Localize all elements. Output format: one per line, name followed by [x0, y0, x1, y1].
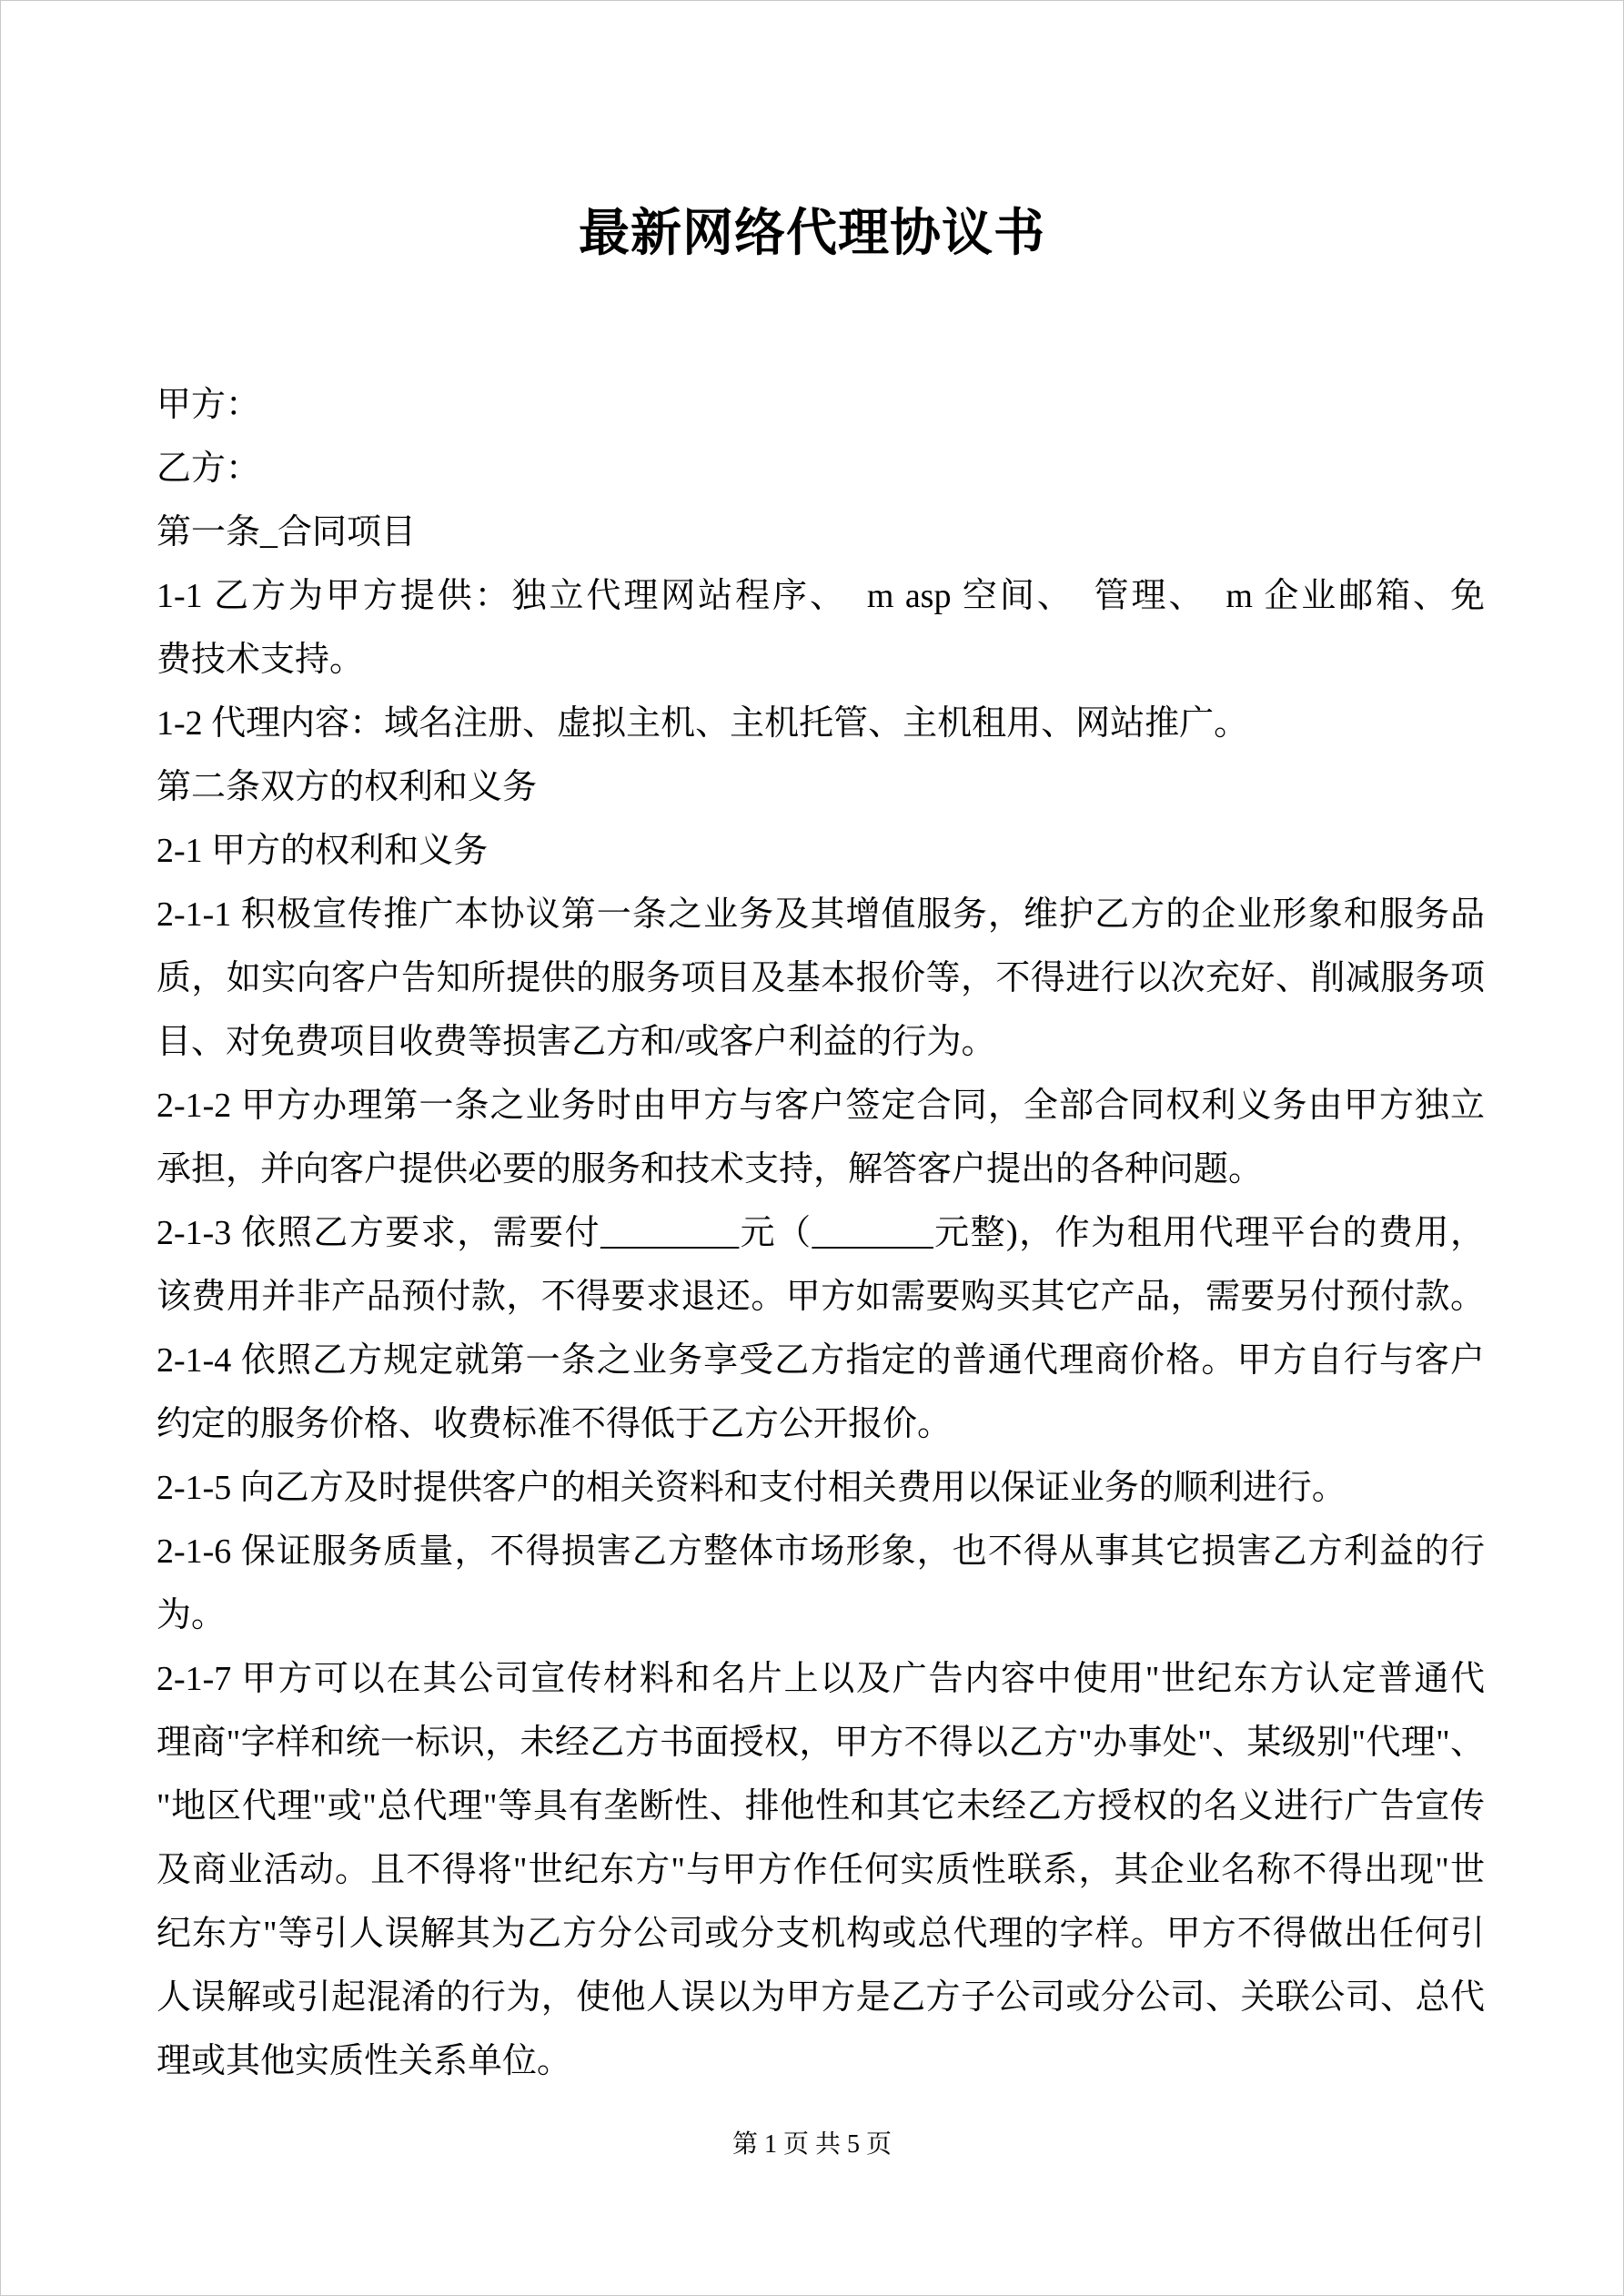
- text-line: 2-1-6 保证服务质量，不得损害乙方整体市场形象，也不得从事其它损害乙方利益的…: [156, 1520, 1485, 1583]
- text-line: 理商"字样和统一标识，未经乙方书面授权，甲方不得以乙方"办事处"、某级别"代理"…: [156, 1711, 1485, 1775]
- text-line: 2-1-4 依照乙方规定就第一条之业务享受乙方指定的普通代理商价格。甲方自行与客…: [156, 1329, 1485, 1392]
- text-line: 约定的服务价格、收费标准不得低于乙方公开报价。: [156, 1392, 1485, 1456]
- text-line: 2-1 甲方的权利和义务: [156, 819, 1485, 883]
- text-line: 理或其他实质性关系单位。: [156, 2029, 1485, 2093]
- text-line: 目、对免费项目收费等损害乙方和/或客户利益的行为。: [156, 1010, 1485, 1074]
- page-number: 第 1 页 共 5 页: [0, 2126, 1624, 2164]
- text-line: 2-1-2 甲方办理第一条之业务时由甲方与客户签定合同，全部合同权利义务由甲方独…: [156, 1074, 1485, 1138]
- text-line: 该费用并非产品预付款，不得要求退还。甲方如需要购买其它产品，需要另付预付款。: [156, 1265, 1485, 1329]
- text-line: 1-2 代理内容：域名注册、虚拟主机、主机托管、主机租用、网站推广。: [156, 692, 1485, 755]
- text-line: 第一条_合同项目: [156, 501, 1485, 564]
- text-line: 2-1-7 甲方可以在其公司宣传材料和名片上以及广告内容中使用"世纪东方认定普通…: [156, 1647, 1485, 1711]
- text-line: "地区代理"或"总代理"等具有垄断性、排他性和其它未经乙方授权的名义进行广告宣传: [156, 1775, 1485, 1838]
- text-line: 2-1-1 积极宣传推广本协议第一条之业务及其增值服务，维护乙方的企业形象和服务…: [156, 883, 1485, 946]
- document-page: 最新网络代理协议书 甲方： 乙方： 第一条_合同项目 1-1 乙方为甲方提供：独…: [0, 0, 1624, 2296]
- text-line: 承担，并向客户提供必要的服务和技术支持，解答客户提出的各种问题。: [156, 1138, 1485, 1201]
- text-line: 乙方：: [156, 437, 1485, 501]
- text-line: 2-1-5 向乙方及时提供客户的相关资料和支付相关费用以保证业务的顺利进行。: [156, 1456, 1485, 1520]
- text-line: 费技术支持。: [156, 628, 1485, 692]
- document-title: 最新网络代理协议书: [0, 193, 1624, 275]
- text-line: 甲方：: [156, 373, 1485, 437]
- text-line: 为。: [156, 1583, 1485, 1647]
- text-line: 纪东方"等引人误解其为乙方分公司或分支机构或总代理的字样。甲方不得做出任何引: [156, 1902, 1485, 1966]
- text-line: 第二条双方的权利和义务: [156, 755, 1485, 819]
- document-body: 甲方： 乙方： 第一条_合同项目 1-1 乙方为甲方提供：独立代理网站程序、 m…: [156, 373, 1485, 2093]
- text-line: 及商业活动。且不得将"世纪东方"与甲方作任何实质性联系，其企业名称不得出现"世: [156, 1838, 1485, 1902]
- text-line: 人误解或引起混淆的行为，使他人误以为甲方是乙方子公司或分公司、关联公司、总代: [156, 1966, 1485, 2029]
- text-line: 质，如实向客户告知所提供的服务项目及基本报价等，不得进行以次充好、削减服务项: [156, 946, 1485, 1010]
- text-line: 1-1 乙方为甲方提供：独立代理网站程序、 m asp 空间、 管理、 m 企业…: [156, 564, 1485, 628]
- text-line: 2-1-3 依照乙方要求，需要付________元（_______元整)，作为租…: [156, 1201, 1485, 1265]
